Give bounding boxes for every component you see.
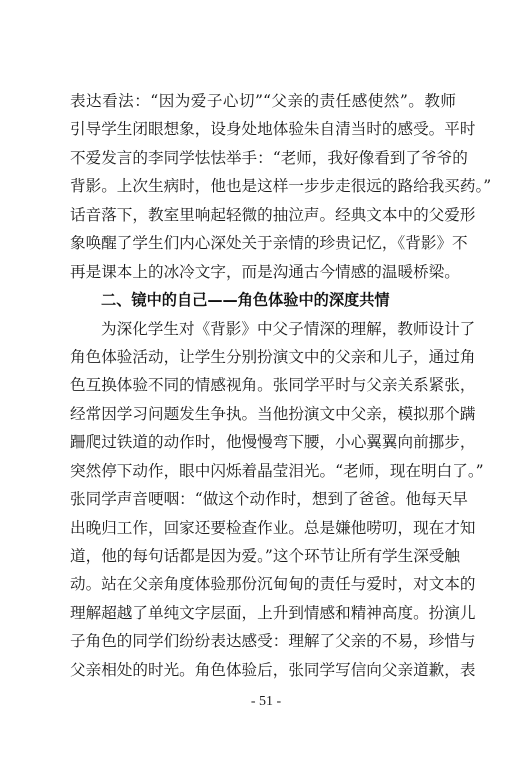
- paragraph-1-line: 背影。上次生病时，他也是这样一步步走很远的路给我买药。”: [70, 172, 456, 200]
- paragraph-2-line: 理解超越了单纯文字层面，上升到情感和精神高度。扮演儿: [70, 599, 456, 627]
- paragraph-1-line: 不爱发言的李同学怯怯举手：“老师，我好像看到了爷爷的: [70, 144, 456, 172]
- page-number: - 51 -: [0, 694, 532, 710]
- paragraph-2-line: 色互换体验不同的情感视角。张同学平时与父亲关系紧张，: [70, 371, 456, 399]
- paragraph-2-line: 动。站在父亲角度体验那份沉甸甸的责任与爱时，对文本的: [70, 570, 456, 598]
- paragraph-2-line: 为深化学生对《背影》中父子情深的理解，教师设计了: [70, 315, 456, 343]
- paragraph-2-line: 角色体验活动，让学生分别扮演文中的父亲和儿子，通过角: [70, 343, 456, 371]
- paragraph-1-line: 引导学生闭眼想象，设身处地体验朱自清当时的感受。平时: [70, 115, 456, 143]
- paragraph-2-line: 跚爬过铁道的动作时，他慢慢弯下腰，小心翼翼向前挪步，: [70, 428, 456, 456]
- document-page: 表达看法：“因为爱子心切”“父亲的责任感使然”。教师 引导学生闭眼想象，设身处地…: [0, 0, 532, 768]
- paragraph-1-line: 话音落下，教室里响起轻微的抽泣声。经典文本中的父爱形: [70, 201, 456, 229]
- body-text: 表达看法：“因为爱子心切”“父亲的责任感使然”。教师 引导学生闭眼想象，设身处地…: [70, 87, 456, 684]
- section-heading: 二、镜中的自己——角色体验中的深度共情: [70, 286, 456, 314]
- paragraph-1-line: 象唤醒了学生们内心深处关于亲情的珍贵记忆，《背影》不: [70, 229, 456, 257]
- paragraph-1-line: 再是课本上的冰冷文字，而是沟通古今情感的温暖桥梁。: [70, 258, 456, 286]
- paragraph-1-line: 表达看法：“因为爱子心切”“父亲的责任感使然”。教师: [70, 87, 456, 115]
- paragraph-2-line: 出晚归工作，回家还要检查作业。总是嫌他唠叨，现在才知: [70, 514, 456, 542]
- paragraph-2-line: 经常因学习问题发生争执。当他扮演文中父亲，模拟那个蹒: [70, 400, 456, 428]
- paragraph-2-line: 道，他的每句话都是因为爱。”这个环节让所有学生深受触: [70, 542, 456, 570]
- paragraph-2-line: 子角色的同学们纷纷表达感受：理解了父亲的不易，珍惜与: [70, 627, 456, 655]
- paragraph-2-line: 突然停下动作，眼中闪烁着晶莹泪光。“老师，现在明白了。”: [70, 457, 456, 485]
- paragraph-2-line: 张同学声音哽咽：“做这个动作时，想到了爸爸。他每天早: [70, 485, 456, 513]
- paragraph-2-line: 父亲相处的时光。角色体验后，张同学写信向父亲道歉，表: [70, 656, 456, 684]
